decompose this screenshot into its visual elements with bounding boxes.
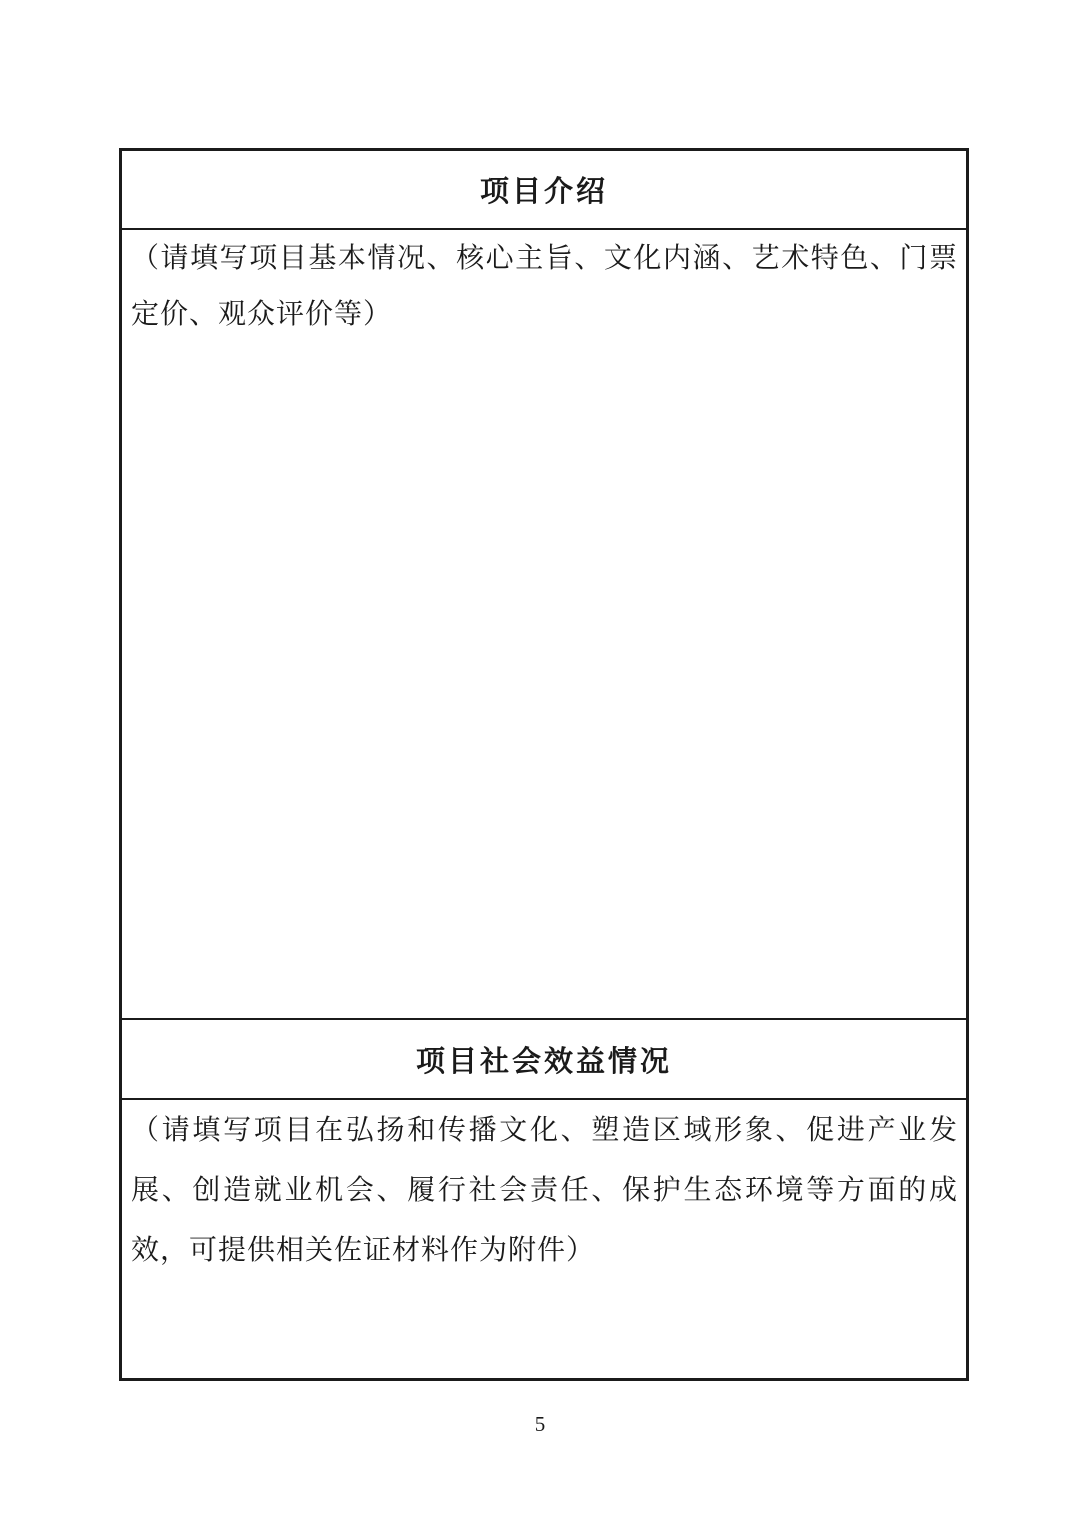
page-number: 5 bbox=[0, 1412, 1080, 1437]
project-intro-placeholder-text: （请填写项目基本情况、核心主旨、文化内涵、艺术特色、门票定价、观众评价等） bbox=[131, 243, 958, 330]
section-body-social-benefits: （请填写项目在弘扬和传播文化、塑造区域形象、促进产业发展、创造就业机会、履行社会… bbox=[122, 1100, 966, 1378]
section-header-project-intro-label: 项目介绍 bbox=[480, 169, 608, 210]
section-body-project-intro: （请填写项目基本情况、核心主旨、文化内涵、艺术特色、门票定价、观众评价等） bbox=[122, 230, 966, 1018]
document-page: 项目介绍 （请填写项目基本情况、核心主旨、文化内涵、艺术特色、门票定价、观众评价… bbox=[0, 0, 1080, 1528]
section-header-social-benefits: 项目社会效益情况 bbox=[122, 1018, 966, 1100]
social-benefits-placeholder-text: （请填写项目在弘扬和传播文化、塑造区域形象、促进产业发展、创造就业机会、履行社会… bbox=[131, 1115, 958, 1266]
form-table: 项目介绍 （请填写项目基本情况、核心主旨、文化内涵、艺术特色、门票定价、观众评价… bbox=[119, 148, 969, 1381]
section-header-social-benefits-label: 项目社会效益情况 bbox=[416, 1039, 672, 1080]
section-header-project-intro: 项目介绍 bbox=[122, 151, 966, 230]
